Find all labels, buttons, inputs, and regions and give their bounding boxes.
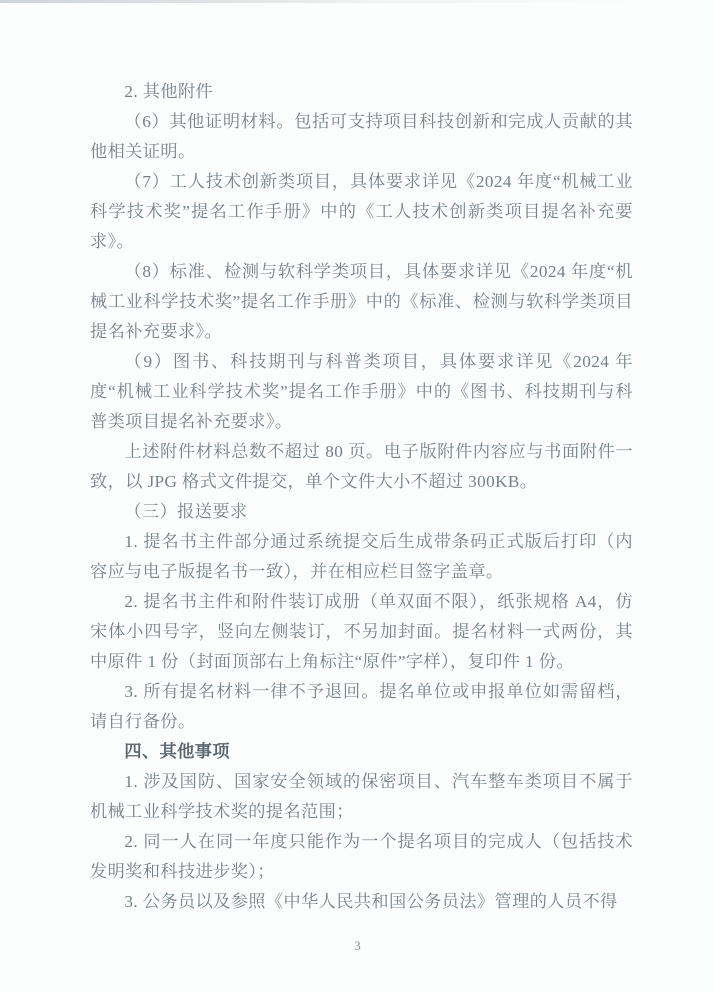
section-heading-other-matters: 四、其他事项 <box>90 737 633 767</box>
subsection-heading-submission-requirements: （三）报送要求 <box>90 497 633 527</box>
submission-item-1-print-barcode: 1. 提名书主件部分通过系统提交后生成带条码正式版后打印（内容应与电子版提名书一… <box>90 527 633 587</box>
page-number: 3 <box>0 938 715 954</box>
list-item-other-attachments: 2. 其他附件 <box>90 77 633 107</box>
document-page: 2. 其他附件 （6）其他证明材料。包括可支持项目科技创新和完成人贡献的其他相关… <box>0 0 715 992</box>
scan-edge-artifact <box>0 0 640 3</box>
other-matters-item-3-civil-servants: 3. 公务员以及参照《中华人民共和国公务员法》管理的人员不得 <box>90 887 633 917</box>
submission-item-3-no-return: 3. 所有提名材料一律不予退回。提名单位或申报单位如需留档，请自行备份。 <box>90 677 633 737</box>
paragraph-attachment-limits: 上述附件材料总数不超过 80 页。电子版附件内容应与书面附件一致，以 JPG 格… <box>90 437 633 497</box>
item-8-standards-testing-softscience: （8）标准、检测与软科学类项目，具体要求详见《2024 年度“机械工业科学技术奖… <box>90 257 633 347</box>
item-6-other-proof-materials: （6）其他证明材料。包括可支持项目科技创新和完成人贡献的其他相关证明。 <box>90 107 633 167</box>
submission-item-2-binding-spec: 2. 提名书主件和附件装订成册（单双面不限），纸张规格 A4，仿宋体小四号字，竖… <box>90 587 633 677</box>
other-matters-item-1-scope-exclusions: 1. 涉及国防、国家安全领域的保密项目、汽车整车类项目不属于机械工业科学技术奖的… <box>90 767 633 827</box>
item-9-books-journals-popsci: （9）图书、科技期刊与科普类项目，具体要求详见《2024 年度“机械工业科学技术… <box>90 347 633 437</box>
other-matters-item-2-one-project-per-person: 2. 同一人在同一年度只能作为一个提名项目的完成人（包括技术发明奖和科技进步奖）… <box>90 827 633 887</box>
item-7-worker-tech-innovation: （7）工人技术创新类项目，具体要求详见《2024 年度“机械工业科学技术奖”提名… <box>90 167 633 257</box>
document-body: 2. 其他附件 （6）其他证明材料。包括可支持项目科技创新和完成人贡献的其他相关… <box>90 77 633 917</box>
